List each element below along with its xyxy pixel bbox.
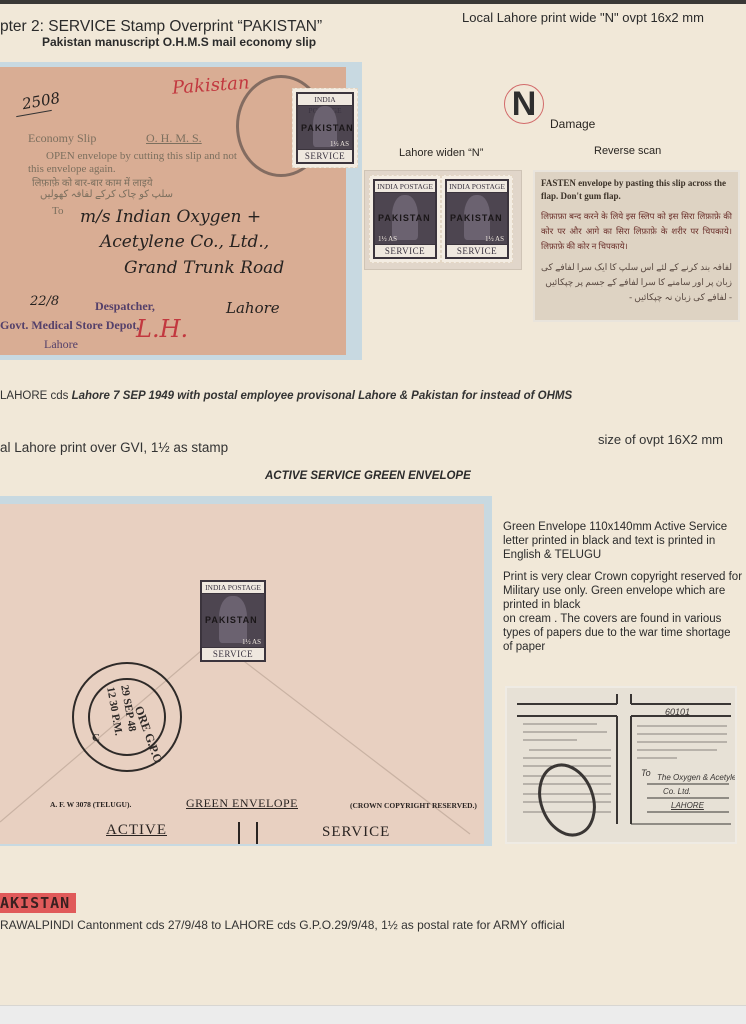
urdu-line: سلپ کو چاک کرکے لفافہ کھولیں <box>40 189 173 200</box>
form-addr-3: LAHORE <box>671 801 704 810</box>
description-para-1: Green Envelope 110x140mm Active Service … <box>503 520 743 562</box>
address-line-4: Lahore <box>226 299 280 317</box>
overprint-note: Local Lahore print wide "N" ovpt 16x2 mm <box>462 10 704 25</box>
stamp-bottom-text: SERVICE <box>375 244 435 257</box>
widen-n-label: Lahore widen “N” <box>399 147 483 159</box>
stamp-bottom-text: SERVICE <box>447 244 507 257</box>
cds-caption-italic: Lahore 7 SEP 1949 with postal employee p… <box>72 390 573 402</box>
n-damage-icon: N <box>504 84 544 124</box>
cds-caption: LAHORE cds Lahore 7 SEP 1949 with postal… <box>0 390 572 402</box>
stamp-overprint: PAKISTAN <box>450 213 504 223</box>
service-stamp-slip: INDIA POSTAGE PAKISTAN 1½ AS SERVICE <box>292 88 358 168</box>
reverse-urdu-text: لفافہ بند کرنے کے لئے اس سلپ کا ایک سرا … <box>541 260 732 305</box>
stamp-bottom-text: SERVICE <box>202 647 264 660</box>
lahore-print-caption: al Lahore print over GVI, 1½ as stamp <box>0 440 228 455</box>
form-number: A. F. W 3078 (TELUGU). <box>50 800 131 809</box>
reference-number: 2508 <box>21 89 62 113</box>
lahore-handstamp: Lahore <box>44 337 78 352</box>
stamp-overprint: PAKISTAN <box>378 213 432 223</box>
stamp-top-text: INDIA POSTAGE <box>298 94 352 106</box>
pakistan-label: AKISTAN <box>0 893 76 913</box>
green-envelope-cover: ORE G.P.O 29 SEP 48 12 30 P.M. C A. F. W… <box>0 504 484 844</box>
service-stamp-pair-left: INDIA POSTAGE PAKISTAN 1½ AS SERVICE <box>369 175 441 263</box>
form-to: To <box>641 768 651 778</box>
economy-slip-label: Economy Slip <box>28 131 96 146</box>
ohms-label: O. H. M. S. <box>146 131 202 146</box>
store-depot-stamp: Govt. Medical Store Depot, <box>0 318 139 333</box>
stamp-value: 1½ AS <box>378 235 397 243</box>
envelope-flap-lines <box>0 504 484 844</box>
manuscript-pakistan: Pakistan <box>171 72 250 98</box>
red-signature: L.H. <box>136 315 188 343</box>
despatcher-stamp: Despatcher, <box>95 299 155 314</box>
green-envelope-description: Green Envelope 110x140mm Active Service … <box>503 520 743 662</box>
center-bars <box>238 822 258 844</box>
cds-letter: C <box>92 732 100 744</box>
form-frame-lines <box>507 688 737 844</box>
green-envelope-title: GREEN ENVELOPE <box>186 796 298 811</box>
active-label: ACTIVE <box>106 822 167 839</box>
manuscript-date: 22/8 <box>30 294 59 309</box>
to-label: To <box>52 205 63 217</box>
stamp-top-text: INDIA POSTAGE <box>447 181 507 193</box>
form-addr-2: Co. Ltd. <box>663 787 691 796</box>
stamp-overprint: PAKISTAN <box>301 123 349 133</box>
telugu-form-scan: 60101 To The Oxygen & Acetylene Co. Ltd.… <box>505 686 737 844</box>
address-line-2: Acetylene Co., Ltd., <box>100 232 269 252</box>
page-subtitle: Pakistan manuscript O.H.M.S mail economy… <box>42 35 316 49</box>
page-bottom-edge <box>0 1005 746 1024</box>
print-line-1: OPEN envelope by cutting this slip and n… <box>46 150 237 162</box>
description-para-2: Print is very clear Crown copyright rese… <box>503 570 743 612</box>
description-para-3: on cream . The covers are found in vario… <box>503 612 743 654</box>
form-serial: 60101 <box>665 707 690 717</box>
reverse-scan-slip: FASTEN envelope by pasting this slip acr… <box>533 170 740 322</box>
hindi-line: लिफ़ाफ़े को बार-बार काम में लाइये <box>32 175 153 189</box>
reverse-hindi-text: लिफ़ाफ़ा बन्द करने के लिये इस स्लिप को इ… <box>541 209 732 254</box>
stamp-value: 1½ AS <box>330 140 349 148</box>
service-stamp-envelope: INDIA POSTAGE PAKISTAN 1½ AS SERVICE <box>200 580 266 662</box>
print-line-2: this envelope again. <box>28 163 116 175</box>
stamp-value: 1½ AS <box>242 638 261 646</box>
route-caption: RAWALPINDI Cantonment cds 27/9/48 to LAH… <box>0 918 565 932</box>
stamp-top-text: INDIA POSTAGE <box>375 181 435 193</box>
section-title: ACTIVE SERVICE GREEN ENVELOPE <box>265 470 471 482</box>
reverse-english-text: FASTEN envelope by pasting this slip acr… <box>541 177 732 203</box>
service-stamp-pair-right: INDIA POSTAGE PAKISTAN 1½ AS SERVICE <box>441 175 513 263</box>
cds-caption-prefix: LAHORE cds <box>0 390 72 402</box>
stamp-top-text: INDIA POSTAGE <box>202 582 264 594</box>
crown-copyright: (CROWN COPYRIGHT RESERVED.) <box>350 801 477 810</box>
address-line-3: Grand Trunk Road <box>124 258 284 278</box>
service-label: SERVICE <box>322 824 390 841</box>
stamp-overprint: PAKISTAN <box>205 615 261 625</box>
page-top-edge <box>0 0 746 4</box>
address-line-1: m/s Indian Oxygen + <box>80 207 261 227</box>
form-addr-1: The Oxygen & Acetylene <box>657 773 737 782</box>
stamp-value: 1½ AS <box>485 235 504 243</box>
damage-label: Damage <box>550 117 595 131</box>
page-title: pter 2: SERVICE Stamp Overprint “PAKISTA… <box>0 18 322 36</box>
ovpt-size-caption: size of ovpt 16X2 mm <box>598 432 723 447</box>
stamp-bottom-text: SERVICE <box>298 149 352 162</box>
reverse-scan-label: Reverse scan <box>594 145 661 157</box>
